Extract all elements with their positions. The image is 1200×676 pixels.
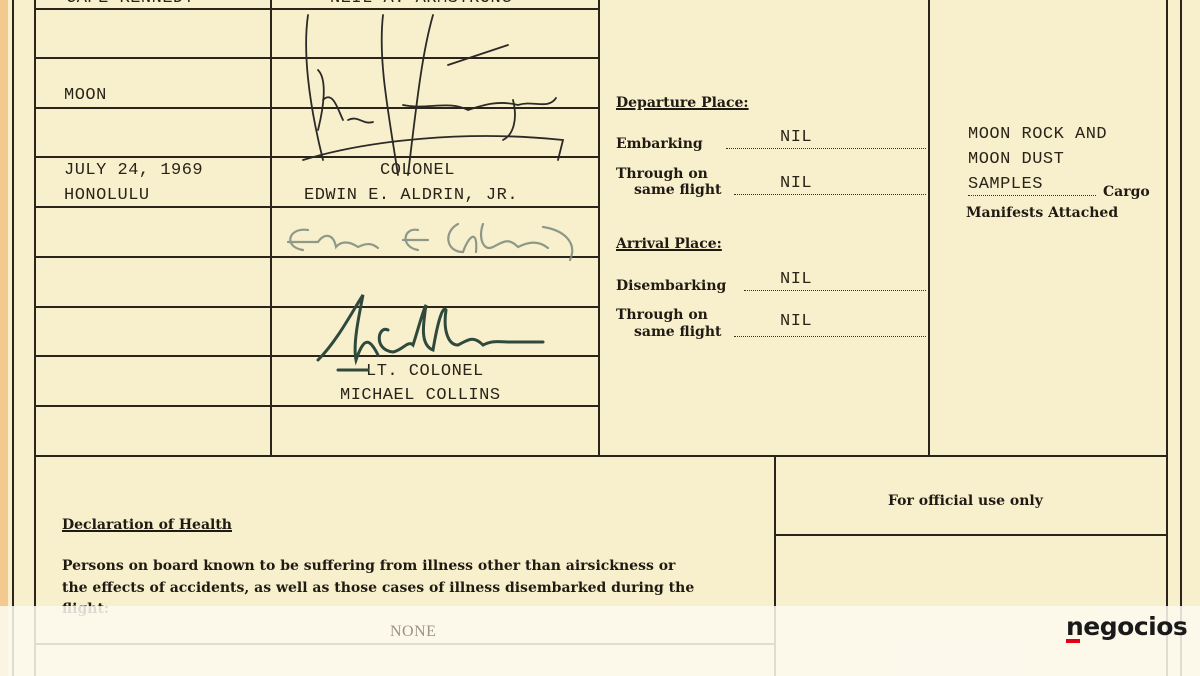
armstrong-signature [288, 10, 578, 190]
watermark-overlay-band [0, 606, 1200, 676]
left-outer-border [12, 0, 14, 676]
column-divider-1 [270, 0, 272, 455]
logo-accent-bar [1066, 639, 1080, 643]
departure-through-value: NIL [780, 172, 812, 196]
embarking-value: NIL [780, 126, 812, 150]
health-heading: Declaration of Health [62, 517, 232, 533]
arrival-city: HONOLULU [64, 184, 150, 208]
official-header-line [774, 534, 1168, 536]
arrival-through-label-1: Through on [616, 307, 708, 323]
departure-heading: Departure Place: [616, 95, 749, 111]
arrival-through-dotted-line [734, 336, 926, 337]
cargo-label: Cargo [1103, 184, 1150, 200]
cargo-line-3: SAMPLES [968, 173, 1043, 197]
arrival-date: JULY 24, 1969 [64, 159, 203, 183]
embarking-dotted-line [726, 148, 926, 149]
manifests-label: Manifests Attached [966, 205, 1118, 221]
health-text-line-2: the effects of accidents, as well as tho… [62, 580, 694, 596]
collins-signature [308, 290, 568, 380]
disembarking-label: Disembarking [616, 278, 726, 294]
departure-through-dotted-line [734, 194, 926, 195]
official-use-label: For official use only [888, 493, 1043, 509]
embarking-label: Embarking [616, 136, 703, 152]
origin-place: CAPE KENNEDY [66, 0, 194, 11]
departure-through-label-2: same flight [634, 182, 721, 198]
cargo-line-2: MOON DUST [968, 148, 1064, 172]
column-divider-3 [928, 0, 930, 455]
arrival-through-label-2: same flight [634, 324, 721, 340]
column-divider-2 [598, 0, 600, 455]
customs-declaration-document: CAPE KENNEDY NEIL A. ARMSTRONG MOON JULY… [8, 0, 1200, 676]
table-bottom-line [34, 455, 1168, 457]
right-outer-border [1180, 0, 1182, 676]
cargo-dotted-line [968, 195, 1096, 196]
arrival-heading: Arrival Place: [616, 236, 722, 252]
row-line [34, 405, 600, 407]
disembarking-value: NIL [780, 268, 812, 292]
health-text-line-1: Persons on board known to be suffering f… [62, 558, 675, 574]
arrival-through-value: NIL [780, 310, 812, 334]
cargo-line-1: MOON ROCK AND [968, 123, 1107, 147]
right-inner-border [1166, 0, 1168, 676]
departure-through-label-1: Through on [616, 166, 708, 182]
left-inner-border [34, 0, 36, 676]
destination-place: MOON [64, 84, 107, 108]
disembarking-dotted-line [744, 290, 926, 291]
negocios-logo: negocios [1066, 612, 1187, 641]
aldrin-signature [278, 212, 588, 272]
crew-name-collins: MICHAEL COLLINS [340, 384, 501, 408]
health-value: NONE [390, 623, 436, 641]
